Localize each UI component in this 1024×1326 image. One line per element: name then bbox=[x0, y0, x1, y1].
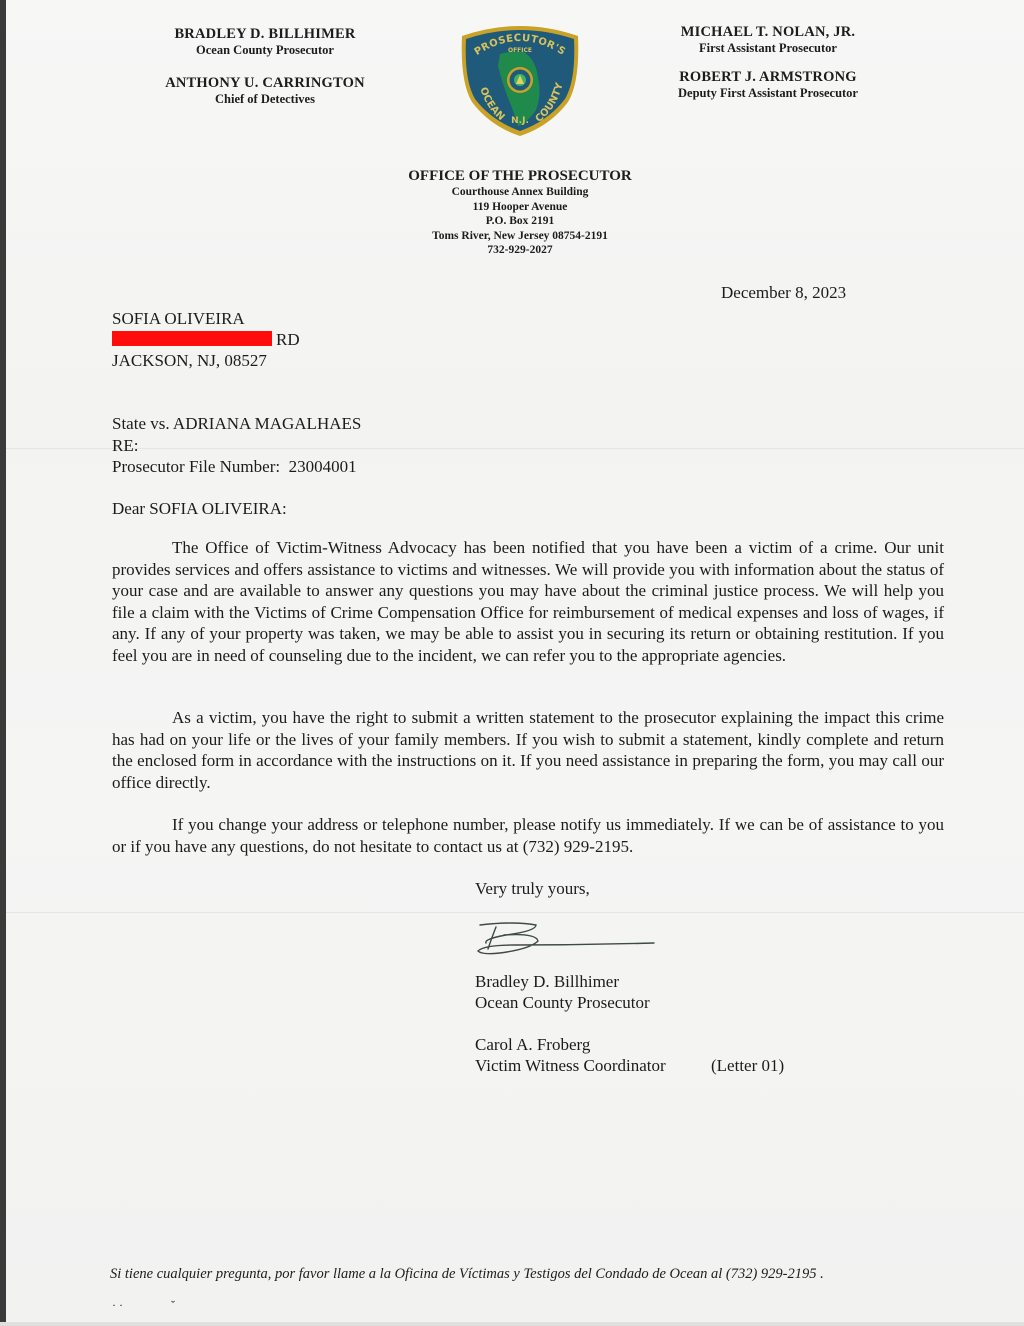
office-address-line: P.O. Box 2191 bbox=[380, 214, 660, 229]
redaction-bar bbox=[112, 331, 272, 346]
office-phone: 732-929-2027 bbox=[380, 243, 660, 258]
paragraph-text: As a victim, you have the right to submi… bbox=[112, 708, 944, 792]
official-name: MICHAEL T. NOLAN, JR. bbox=[638, 24, 898, 41]
re-label: RE: bbox=[112, 435, 138, 456]
letterhead-left-2: ANTHONY U. CARRINGTON Chief of Detective… bbox=[140, 75, 390, 107]
signer-title: Ocean County Prosecutor bbox=[475, 992, 650, 1013]
office-address-line: Toms River, New Jersey 08754-2191 bbox=[380, 229, 660, 244]
official-title: First Assistant Prosecutor bbox=[638, 41, 898, 56]
letter-date: December 8, 2023 bbox=[721, 282, 846, 303]
office-address-block: OFFICE OF THE PROSECUTOR Courthouse Anne… bbox=[380, 167, 660, 258]
scan-specks: · · ˇ bbox=[112, 1298, 175, 1313]
letter-code: (Letter 01) bbox=[711, 1055, 784, 1076]
scan-bottom-edge bbox=[0, 1322, 1024, 1326]
recipient-city: JACKSON, NJ, 08527 bbox=[112, 350, 267, 371]
signer-name: Carol A. Froberg bbox=[475, 1034, 590, 1055]
signer-title: Victim Witness Coordinator bbox=[475, 1055, 666, 1076]
file-number: 23004001 bbox=[289, 457, 357, 476]
case-caption: State vs. ADRIANA MAGALHAES bbox=[112, 413, 361, 434]
paragraph-text: The Office of Victim-Witness Advocacy ha… bbox=[112, 538, 944, 665]
official-name: ROBERT J. ARMSTRONG bbox=[638, 69, 898, 86]
street-suffix: RD bbox=[276, 330, 300, 349]
file-number-label: Prosecutor File Number: bbox=[112, 457, 280, 476]
official-title: Chief of Detectives bbox=[140, 92, 390, 107]
body-paragraph-3: If you change your address or telephone … bbox=[112, 814, 944, 857]
paper-fold-line bbox=[6, 448, 1024, 450]
body-paragraph-2: As a victim, you have the right to submi… bbox=[112, 707, 944, 793]
prosecutor-badge-icon: PROSECUTOR'S OFFICE OCEAN COUNTY N.J. bbox=[458, 22, 582, 138]
office-address-line: 119 Hooper Avenue bbox=[380, 200, 660, 215]
letterhead-left-1: BRADLEY D. BILLHIMER Ocean County Prosec… bbox=[140, 26, 390, 58]
svg-text:N.J.: N.J. bbox=[511, 116, 529, 126]
office-address-line: Courthouse Annex Building bbox=[380, 185, 660, 200]
closing: Very truly yours, bbox=[475, 878, 590, 899]
letterhead-right-1: MICHAEL T. NOLAN, JR. First Assistant Pr… bbox=[638, 24, 898, 56]
official-title: Deputy First Assistant Prosecutor bbox=[638, 86, 898, 101]
paragraph-text: If you change your address or telephone … bbox=[112, 815, 944, 856]
signature-icon bbox=[474, 915, 664, 963]
salutation: Dear SOFIA OLIVEIRA: bbox=[112, 498, 287, 519]
office-title: OFFICE OF THE PROSECUTOR bbox=[380, 167, 660, 185]
spanish-footer-note: Si tiene cualquier pregunta, por favor l… bbox=[110, 1266, 824, 1283]
paper-fold-line bbox=[6, 912, 1024, 914]
svg-text:OFFICE: OFFICE bbox=[508, 47, 532, 54]
letterhead-right-2: ROBERT J. ARMSTRONG Deputy First Assista… bbox=[638, 69, 898, 101]
recipient-name: SOFIA OLIVEIRA bbox=[112, 308, 245, 329]
recipient-street: RD bbox=[112, 329, 300, 350]
file-number-line: Prosecutor File Number: 23004001 bbox=[112, 456, 357, 477]
official-name: BRADLEY D. BILLHIMER bbox=[140, 26, 390, 43]
body-paragraph-1: The Office of Victim-Witness Advocacy ha… bbox=[112, 537, 944, 666]
official-name: ANTHONY U. CARRINGTON bbox=[140, 75, 390, 92]
signer-name: Bradley D. Billhimer bbox=[475, 971, 619, 992]
official-title: Ocean County Prosecutor bbox=[140, 43, 390, 58]
